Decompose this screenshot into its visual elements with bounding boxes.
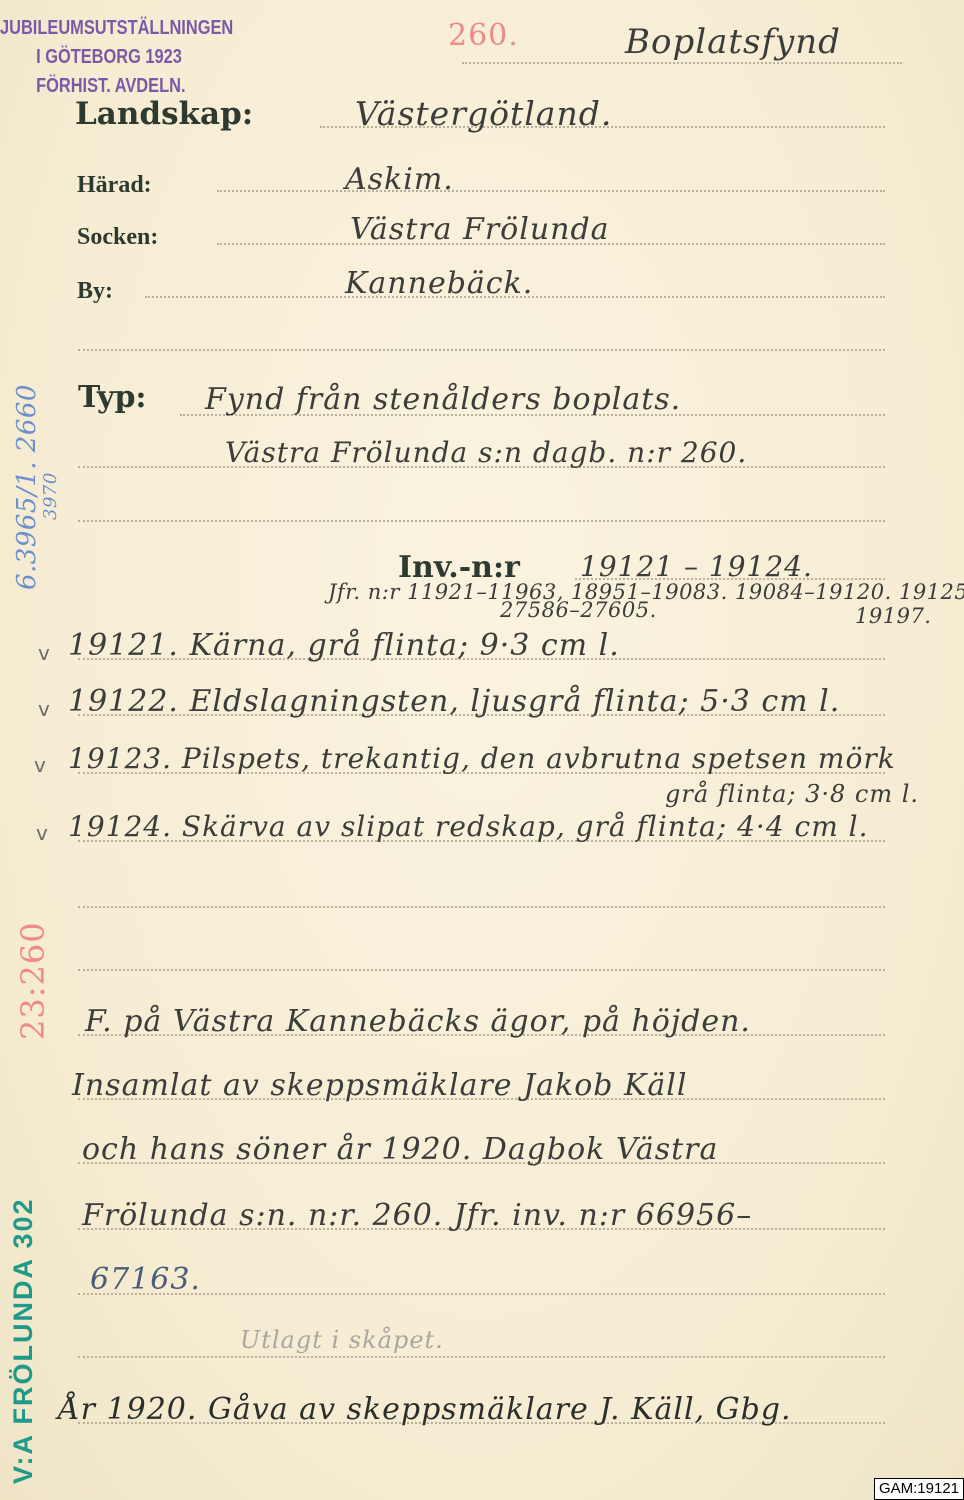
typ-label: Typ:: [78, 380, 147, 415]
storage-note: Utlagt i skåpet.: [240, 1326, 444, 1354]
socken-value: Västra Frölunda: [350, 212, 610, 247]
blank-dotline-3: [78, 906, 885, 908]
stamp-line-1: JUBILEUMSUTSTÄLLNINGEN: [0, 14, 233, 43]
notes-line-1: F. på Västra Kannebäcks ägor, på höjden.: [85, 1004, 751, 1039]
blue-margin-ref: 6.3965/1. 2660: [12, 384, 42, 590]
item-number: 19121.: [68, 628, 179, 663]
typ-line-2: Västra Frölunda s:n dagb. n:r 260.: [225, 436, 747, 469]
inv-value: 19121 – 19124.: [580, 550, 813, 583]
notes-line-3: och hans söner år 1920. Dagbok Västra: [82, 1132, 718, 1167]
by-label: By:: [77, 278, 113, 305]
blank-dotline-2: [78, 520, 885, 522]
landskap-label: Landskap:: [75, 96, 253, 132]
typ-line-1: Fynd från stenålders boplats.: [205, 382, 681, 417]
acquisition-line: År 1920. Gåva av skeppsmäklare J. Käll, …: [58, 1392, 792, 1427]
item-row: 19122. Eldslagningsten, ljusgrå flinta; …: [68, 684, 840, 719]
stamp-line-2: I GÖTEBORG 1923: [0, 43, 233, 72]
inv-compare-3: 19197.: [855, 604, 931, 628]
item-text: Skärva av slipat redskap, grå flinta; 4·…: [182, 810, 869, 843]
blank-dotline-4: [78, 969, 885, 971]
storage-dotline: [78, 1356, 885, 1358]
header-dotline: [462, 62, 902, 64]
by-value: Kannebäck.: [345, 266, 533, 301]
item-text: Eldslagningsten, ljusgrå flinta; 5·3 cm …: [190, 684, 841, 719]
socken-label: Socken:: [77, 224, 158, 251]
item-number: 19122.: [68, 684, 179, 719]
museum-stamp: JUBILEUMSUTSTÄLLNINGEN I GÖTEBORG 1923 F…: [0, 14, 233, 101]
category-label: Boplatsfynd: [625, 22, 841, 62]
inv-compare-2: 27586–27605.: [500, 598, 657, 622]
harad-label: Härad:: [77, 172, 152, 199]
item-number: 19123.: [68, 742, 172, 775]
item-check: v: [36, 821, 48, 845]
red-number: 260.: [448, 18, 519, 53]
item-row: 19121. Kärna, grå flinta; 9·3 cm l.: [68, 628, 620, 663]
item-row: 19123. Pilspets, trekantig, den avbrutna…: [68, 742, 896, 775]
blue-margin-ref-sub: 3970: [40, 472, 61, 520]
notes-line-2: Insamlat av skeppsmäklare Jakob Käll: [72, 1068, 687, 1103]
item-number: 19124.: [68, 810, 172, 843]
notes-line-4: Frölunda s:n. n:r. 260. Jfr. inv. n:r 66…: [82, 1198, 752, 1233]
item-text: Kärna, grå flinta; 9·3 cm l.: [190, 628, 620, 663]
harad-dotline: [217, 190, 885, 192]
item-text: Pilspets, trekantig, den avbrutna spetse…: [182, 742, 896, 775]
red-margin-ref: 23:260: [14, 921, 52, 1040]
frolunda-stamp: V:A FRÖLUNDA 302: [8, 1197, 39, 1484]
blank-dotline: [78, 349, 885, 351]
harad-value: Askim.: [345, 162, 454, 197]
item-row: 19124. Skärva av slipat redskap, grå fli…: [68, 810, 869, 843]
item-check: v: [34, 753, 46, 777]
item-check: v: [38, 697, 50, 721]
item-check: v: [38, 641, 50, 665]
landskap-value: Västergötland.: [355, 94, 612, 133]
notes-line-5: 67163.: [90, 1262, 201, 1297]
catalog-id-label: GAM:19121: [874, 1478, 964, 1500]
item-continuation: grå flinta; 3·8 cm l.: [665, 780, 919, 808]
